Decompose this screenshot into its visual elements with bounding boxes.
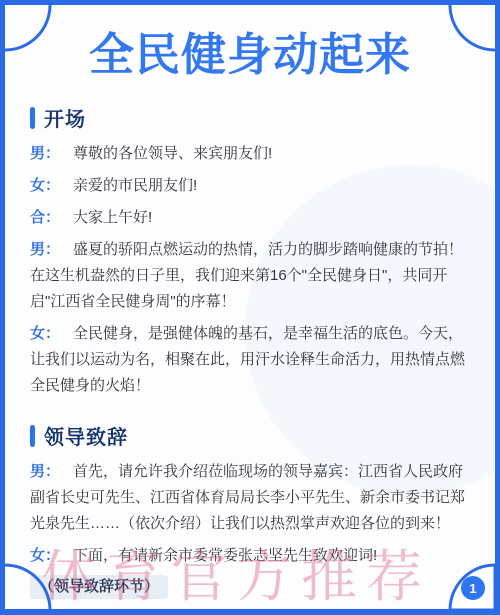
speaker-label: 男：	[30, 241, 60, 258]
dialog-text: 下面，有请新余市委常委张志坚先生致欢迎词!	[73, 547, 377, 564]
speaker-label: 女：	[30, 325, 60, 342]
section-heading: 开场	[30, 103, 470, 132]
dialog-line: 女：亲爱的市民朋友们!	[30, 173, 470, 199]
stage-note: （领导致辞环节）	[30, 575, 168, 599]
speaker-label: 男：	[30, 145, 60, 162]
section-title: 领导致辞	[44, 421, 128, 450]
speaker-label: 女：	[30, 547, 60, 564]
page-number-badge: 1	[461, 576, 485, 600]
dialog-line: 男：尊敬的各位领导、来宾朋友们!	[30, 141, 470, 167]
page-number: 1	[469, 581, 476, 596]
dialog-line: 女：下面，有请新余市委常委张志坚先生致欢迎词!	[30, 543, 470, 569]
heading-bar-icon	[30, 107, 35, 129]
section-heading: 领导致辞	[30, 421, 470, 450]
dialog-text: 全民健身，是强健体魄的基石，是幸福生活的底色。今天，让我们以运动为名，相聚在此，…	[30, 325, 465, 394]
dialog-text: 亲爱的市民朋友们!	[73, 177, 197, 194]
dialog-line: 男：首先，请允许我介绍莅临现场的领导嘉宾：江西省人民政府副省长史可先生、江西省体…	[30, 459, 470, 537]
dialog-text: 大家上午好!	[73, 209, 152, 226]
speaker-label: 女：	[30, 177, 60, 194]
heading-bar-icon	[30, 425, 35, 447]
dialog-line: 女：全民健身，是强健体魄的基石，是幸福生活的底色。今天，让我们以运动为名，相聚在…	[30, 321, 470, 399]
content-sections: 开场男：尊敬的各位领导、来宾朋友们!女：亲爱的市民朋友们!合：大家上午好!男：盛…	[30, 103, 470, 599]
dialog-text: 首先，请允许我介绍莅临现场的领导嘉宾：江西省人民政府副省长史可先生、江西省体育局…	[30, 463, 465, 532]
speaker-label: 男：	[30, 463, 60, 480]
dialog-line: 合：大家上午好!	[30, 205, 470, 231]
script-page: 全民健身动起来 开场男：尊敬的各位领导、来宾朋友们!女：亲爱的市民朋友们!合：大…	[0, 0, 500, 615]
dialog-line: 男：盛夏的骄阳点燃运动的热情，活力的脚步踏响健康的节拍！在这生机盎然的日子里，我…	[30, 237, 470, 315]
page-title: 全民健身动起来	[30, 29, 470, 81]
section: 开场男：尊敬的各位领导、来宾朋友们!女：亲爱的市民朋友们!合：大家上午好!男：盛…	[30, 103, 470, 399]
section-title: 开场	[44, 103, 86, 132]
dialog-text: 尊敬的各位领导、来宾朋友们!	[73, 145, 272, 162]
speaker-label: 合：	[30, 209, 60, 226]
content-area: 全民健身动起来 开场男：尊敬的各位领导、来宾朋友们!女：亲爱的市民朋友们!合：大…	[5, 29, 495, 599]
section: 领导致辞男：首先，请允许我介绍莅临现场的领导嘉宾：江西省人民政府副省长史可先生、…	[30, 421, 470, 599]
dialog-text: 盛夏的骄阳点燃运动的热情，活力的脚步踏响健康的节拍！在这生机盎然的日子里，我们迎…	[30, 241, 463, 310]
